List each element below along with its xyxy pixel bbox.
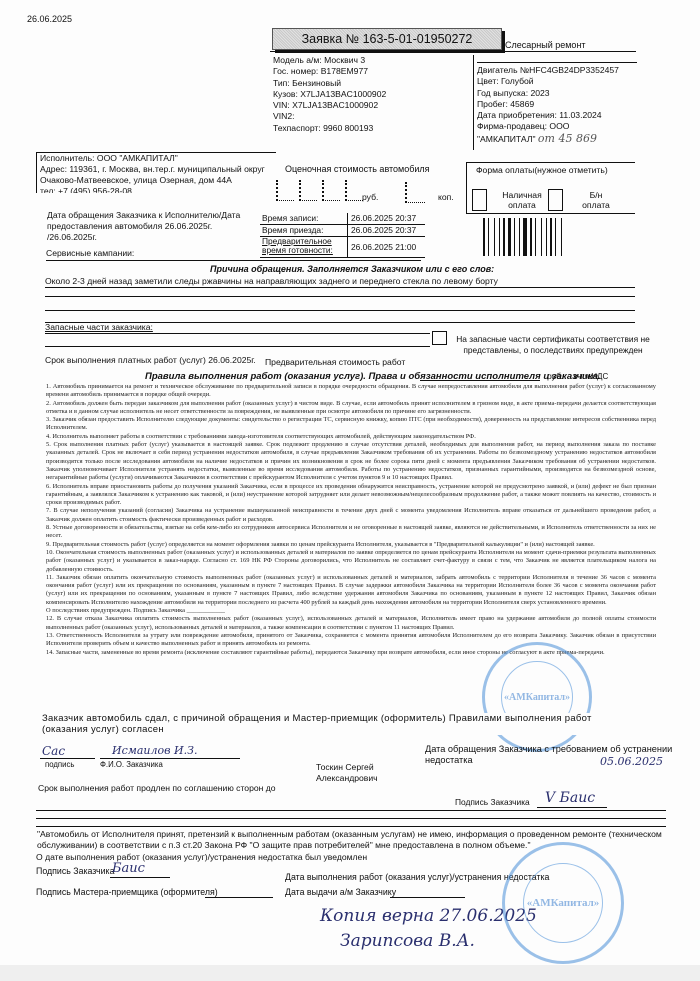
cash-checkbox[interactable] xyxy=(472,189,487,211)
divider xyxy=(45,346,430,347)
times-row: Время записи:26.06.2025 20:37 xyxy=(260,213,425,225)
extension-label: Срок выполнения работ продлен по соглаше… xyxy=(38,783,276,793)
page-bottom-margin xyxy=(0,965,700,981)
fio-label: Ф.И.О. Заказчика xyxy=(100,760,163,769)
reason-text: Около 2-3 дней назад заметили следы ржав… xyxy=(45,276,635,288)
vehicle-mileage: Пробег: 45869 xyxy=(477,99,637,110)
vehicle-purchase-date: Дата приобретения: 11.03.2024 xyxy=(477,110,637,121)
cashless-label: Б/н оплата xyxy=(581,190,611,210)
executor-name: Исполнитель: ООО "АМКАПИТАЛ" xyxy=(40,153,276,164)
service-order-document: 26.06.2025 Заявка № 163-5-01-01950272 Сл… xyxy=(0,0,700,981)
rules-text: 1. Автомобиль принимается на ремонт и те… xyxy=(46,383,656,657)
issue-date-label: Дата выдачи а/м Заказчику xyxy=(285,887,396,897)
divider xyxy=(36,810,666,811)
divider xyxy=(45,296,635,297)
acceptance-customer-sig-label: Подпись Заказчика xyxy=(36,866,114,876)
customer-signature-label: Подпись Заказчика xyxy=(455,797,530,807)
signature-label: подпись xyxy=(45,760,74,769)
cashless-checkbox[interactable] xyxy=(548,189,563,211)
vehicle-color: Цвет: Голубой xyxy=(477,76,637,87)
preliminary-cost-label: Предварительная стоимость работ xyxy=(265,357,405,367)
vehicle-vin: VIN: X7LJA13BAC1000902 xyxy=(273,100,473,111)
executor-phone: тел: +7 (495) 956-28-08 xyxy=(40,186,276,193)
divider xyxy=(36,818,666,819)
repair-type: Слесарный ремонт xyxy=(505,40,586,50)
payment-option-cash[interactable]: Наличная оплата xyxy=(472,189,547,211)
cash-label: Наличная оплата xyxy=(497,190,547,210)
order-number: Заявка № 163-5-01-01950272 xyxy=(272,28,502,50)
completion-notice: О дате выполнения работ (оказания услуг)… xyxy=(36,852,367,862)
print-date: 26.06.2025 xyxy=(27,14,72,24)
handwritten-mileage: от 45 869 xyxy=(538,132,597,145)
paid-works-deadline: Срок выполнения платных работ (услуг) 26… xyxy=(45,355,256,365)
certifier-name-handwritten: Зарипсова В.А. xyxy=(340,931,475,951)
vehicle-info-left: Модель а/м: Москвич 3 Гос. номер: В178ЕМ… xyxy=(273,55,474,150)
company-stamp: «АМКапитал» xyxy=(482,642,592,752)
vehicle-vin2: VIN2: xyxy=(273,111,473,122)
signature-line xyxy=(205,897,273,898)
customer-parts-label: Запасные части заказчика: xyxy=(45,322,153,332)
signature-line xyxy=(537,807,607,808)
vehicle-fuel-type: Тип: Бензиновый xyxy=(273,78,473,89)
signature-line xyxy=(110,877,170,878)
request-date-handwritten: 05.06.2025 xyxy=(600,755,663,768)
vehicle-registration: Техпаспорт: 9960 800193 xyxy=(273,123,473,134)
company-stamp: «АМКапитал» xyxy=(502,842,624,964)
vehicle-model: Модель а/м: Москвич 3 xyxy=(273,55,473,66)
vehicle-year: Год выпуска: 2023 xyxy=(477,88,637,99)
master-name: Тоскин Сергей Александрович xyxy=(316,762,416,784)
service-campaigns-label: Сервисные кампании: xyxy=(46,248,421,261)
estimate-title: Оценочная стоимость автомобиля xyxy=(285,164,430,174)
reason-title: Причина обращения. Заполняется Заказчико… xyxy=(210,264,494,274)
customer-signature: V Баис xyxy=(545,790,595,806)
executor-block: Исполнитель: ООО "АМКАПИТАЛ" Адрес: 1193… xyxy=(36,152,276,193)
payment-form-title: Форма оплаты(нужное отметить) xyxy=(476,165,608,175)
customer-signature: Баис xyxy=(112,861,145,876)
divider xyxy=(36,826,666,827)
certificate-notice: На запасные части сертификаты соответств… xyxy=(448,334,658,360)
handover-statement: Заказчик автомобиль сдал, с причиной обр… xyxy=(42,713,617,735)
estimate-rub-label: руб. xyxy=(362,192,378,202)
executor-address: Адрес: 119361, г. Москва, вн.тер.г. муни… xyxy=(40,164,276,186)
divider xyxy=(45,333,430,334)
payment-option-cashless[interactable]: Б/н оплата xyxy=(548,189,611,211)
fio-line xyxy=(100,758,240,759)
issue-date-line xyxy=(390,897,465,898)
certificate-checkbox[interactable] xyxy=(432,331,447,345)
divider xyxy=(45,310,635,311)
customer-signature: Сас xyxy=(42,744,65,758)
estimate-kop-box[interactable] xyxy=(405,182,425,203)
master-sig-label: Подпись Мастера-приемщика (оформителя) xyxy=(36,887,218,897)
barcode xyxy=(483,218,633,256)
signature-line xyxy=(40,758,95,759)
request-dates: Дата обращения Заказчика к Исполнителю/Д… xyxy=(47,210,257,243)
vehicle-body: Кузов: X7LJA13BAC1000902 xyxy=(273,89,473,100)
vehicle-info-right: Двигатель №HFC4GB24DP3352457 Цвет: Голуб… xyxy=(477,62,637,145)
vehicle-engine: Двигатель №HFC4GB24DP3352457 xyxy=(477,65,637,76)
vehicle-plate: Гос. номер: В178ЕМ977 xyxy=(273,66,473,77)
rules-title: Правила выполнения работ (оказания услуг… xyxy=(145,371,601,382)
estimate-kop-label: коп. xyxy=(438,192,454,202)
vehicle-seller-name: "АМКАПИТАЛ" от 45 869 xyxy=(477,133,637,145)
customer-name-handwritten: Исмаилов И.З. xyxy=(112,744,197,757)
